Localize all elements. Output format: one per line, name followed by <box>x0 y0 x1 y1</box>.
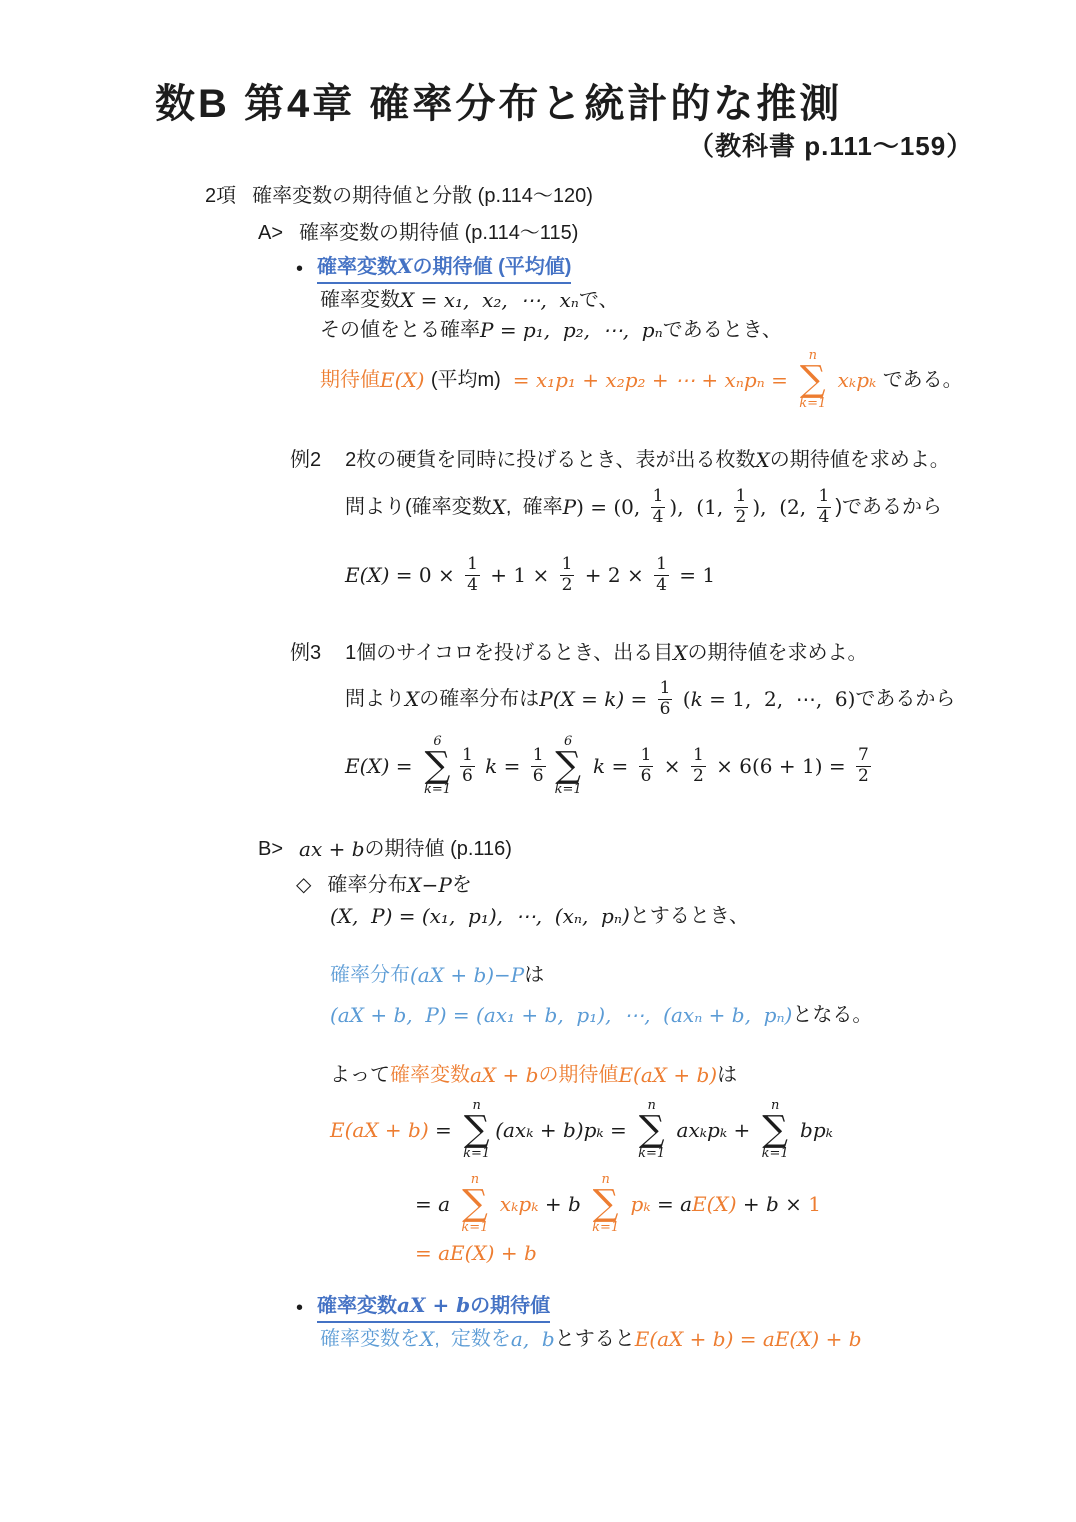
text-run: 確率分布 <box>330 962 410 988</box>
fraction-numerator: 1 <box>734 487 749 507</box>
math-run: = <box>429 1117 458 1143</box>
math-run: X <box>420 1326 434 1352</box>
example-2-statement: 例2 2枚の硬貨を同時に投げるとき、表が出る枚数 X の期待値を求めよ。 <box>290 447 950 473</box>
sum-lower-limit: k=1 <box>638 1147 665 1161</box>
text-run: 確率変数 <box>320 287 400 313</box>
math-run: = 1 <box>673 562 715 588</box>
definition-title: 確率変数Xの期待値 (平均値) <box>317 253 571 284</box>
subsection-label: A> <box>258 220 283 246</box>
summation-symbol: n ∑ k=1 <box>463 1099 490 1162</box>
subsection-title: の期待値 (p.116) <box>365 836 512 862</box>
fraction-numerator: 1 <box>817 487 832 507</box>
math-run: ), (2, <box>752 494 812 520</box>
page-title: 数B 第4章 確率分布と統計的な推測 <box>155 72 842 129</box>
fraction: 14 <box>817 487 832 527</box>
math-run: P = p₁, p₂, ⋯, pₙ <box>480 317 663 343</box>
sum-lower-limit: k=1 <box>592 1221 619 1235</box>
example-2-work: 問より(確率変数 X , 確率 P ) = (0, 14 ), (1, 12 )… <box>345 478 942 536</box>
text-run: 確率変数 <box>317 254 397 280</box>
text-run: , 定数を <box>434 1326 511 1352</box>
fraction: 16 <box>658 679 673 719</box>
definition-title: 確率変数aX + bの期待値 <box>317 1292 550 1323</box>
document-page: 数B 第4章 確率分布と統計的な推測 （教科書 p.111～159） 2項 確率… <box>0 0 1076 1522</box>
definition-expectation-heading: • 確率変数Xの期待値 (平均値) <box>296 253 571 284</box>
math-run: + b × <box>737 1191 809 1217</box>
math-run: + b <box>538 1191 587 1217</box>
fraction: 16 <box>460 746 475 786</box>
fraction-denominator: 6 <box>658 699 673 720</box>
section-title: 確率変数の期待値と分散 (p.114～120) <box>252 183 593 209</box>
math-run: X <box>755 447 769 473</box>
textbook-page-range: （教科書 p.111～159） <box>688 126 973 163</box>
fraction-denominator: 6 <box>460 766 475 787</box>
definition-body-line-1: 確率変数 X = x₁, x₂, ⋯, xₙ で、 <box>320 287 619 313</box>
distribution-definition-line: (X, P) = (x₁, p₁), ⋯, (xₙ, pₙ) とするとき、 <box>330 903 749 929</box>
fraction-numerator: 1 <box>658 679 673 699</box>
transformed-distribution-line-1: 確率分布 (aX + b)−P は <box>330 962 544 988</box>
derivation-result-line: = aE(X) + b <box>415 1240 537 1266</box>
section-number: 2項 <box>205 183 236 209</box>
math-run: xₖpₖ <box>493 1191 538 1217</box>
fraction-denominator: 2 <box>856 766 871 787</box>
sum-lower-limit: k=1 <box>762 1147 789 1161</box>
text-run: の期待値 <box>538 1062 618 1088</box>
math-run: P <box>563 494 576 520</box>
math-run: X <box>492 494 506 520</box>
text-run: である。 <box>883 367 963 393</box>
summation-symbol: n ∑ k=1 <box>592 1173 619 1236</box>
math-run: ax + b <box>299 836 364 862</box>
mean-annotation: (平均m) <box>431 367 507 393</box>
math-run: = a <box>415 1191 456 1217</box>
fraction: 72 <box>856 746 871 786</box>
text-run: 2枚の硬貨を同時に投げるとき、表が出る枚数 <box>345 447 755 473</box>
formula-label: 期待値 <box>320 367 380 393</box>
math-run: axₖpₖ + <box>670 1117 756 1143</box>
text-run: 確率変数 <box>317 1293 397 1319</box>
sigma-icon: ∑ <box>555 749 581 783</box>
fraction-numerator: 1 <box>651 487 666 507</box>
sigma-icon: ∑ <box>464 1113 490 1147</box>
sum-lower-limit: k=1 <box>461 1221 488 1235</box>
text-run: 問より <box>345 686 405 712</box>
sum-lower-limit: k=1 <box>799 397 826 411</box>
text-run: を <box>452 872 472 898</box>
summation-symbol: n ∑ k=1 <box>638 1099 665 1162</box>
example-3-equation: E(X) = 6 ∑ k=1 16 k = 16 6 ∑ k=1 k = 16 … <box>345 728 875 804</box>
math-run: a, b <box>511 1326 555 1352</box>
math-run: ( <box>676 686 690 712</box>
bullet-icon: • <box>296 1295 303 1321</box>
derivation-line-2: E(aX + b) = n ∑ k=1 (axₖ + b)pₖ = n ∑ k=… <box>330 1092 833 1168</box>
math-run: E(aX + b) <box>330 1117 429 1143</box>
sigma-icon: ∑ <box>639 1113 665 1147</box>
text-run: であるから <box>855 686 955 712</box>
fraction-denominator: 4 <box>465 575 480 596</box>
math-run: E(X) <box>345 753 389 779</box>
math-run: + 2 × <box>578 562 650 588</box>
math-run: = <box>504 753 527 779</box>
sigma-icon: ∑ <box>425 749 451 783</box>
transformed-distribution-line-2: (aX + b, P) = (ax₁ + b, p₁), ⋯, (axₙ + b… <box>330 1002 872 1028</box>
text-run: 確率分布 <box>327 872 407 898</box>
math-run: k <box>691 686 703 712</box>
example-label: 例2 <box>290 447 321 473</box>
fraction-denominator: 2 <box>691 766 706 787</box>
math-run: X−P <box>407 872 451 898</box>
text-run: は <box>717 1062 737 1088</box>
text-run: 1個のサイコロを投げるとき、出る目 <box>345 640 673 666</box>
fraction-denominator: 2 <box>734 507 749 528</box>
math-run: aX + b <box>397 1292 470 1318</box>
summation-symbol: 6 ∑ k=1 <box>555 735 582 798</box>
fraction-numerator: 1 <box>639 746 654 766</box>
math-run: E(X) <box>380 367 431 393</box>
math-run: = <box>612 753 635 779</box>
text-run: , 確率 <box>506 494 563 520</box>
subsection-label: B> <box>258 836 283 862</box>
fraction-numerator: 1 <box>465 555 480 575</box>
math-run: aX + b <box>470 1062 538 1088</box>
summation-symbol: n ∑ k=1 <box>799 349 826 412</box>
sigma-icon: ∑ <box>800 363 826 397</box>
text-run: の期待値を求めよ。 <box>688 640 868 666</box>
text-run: その値をとる確率 <box>320 317 480 343</box>
fraction-numerator: 1 <box>531 746 546 766</box>
text-run: は <box>524 962 544 988</box>
section-2-heading: 2項 確率変数の期待値と分散 (p.114～120) <box>205 183 593 209</box>
math-run: E(aX + b) = aE(X) + b <box>635 1326 862 1352</box>
example-2-equation: E(X) = 0 × 14 + 1 × 12 + 2 × 14 = 1 <box>345 550 715 600</box>
fraction-denominator: 4 <box>651 507 666 528</box>
math-run: E(X) <box>692 1191 736 1217</box>
text-run: であるとき、 <box>663 317 782 343</box>
subsection-title: 確率変数の期待値 (p.114～115) <box>299 220 578 246</box>
math-run: 1 <box>808 1191 821 1217</box>
math-run: = <box>389 753 418 779</box>
math-run: (aX + b)−P <box>410 962 524 988</box>
sum-lower-limit: k=1 <box>555 783 582 797</box>
math-run: X = x₁, x₂, ⋯, xₙ <box>400 287 579 313</box>
derivation-intro-line: よって 確率変数 aX + b の期待値 E(aX + b) は <box>330 1062 737 1088</box>
example-label: 例3 <box>290 640 321 666</box>
fraction-numerator: 1 <box>691 746 706 766</box>
fraction-numerator: 7 <box>856 746 871 766</box>
text-run: の期待値 (平均値) <box>413 254 572 280</box>
sigma-icon: ∑ <box>462 1187 488 1221</box>
math-run: (aX + b, P) = (ax₁ + b, p₁), ⋯, (axₙ + b… <box>330 1002 792 1028</box>
sigma-icon: ∑ <box>593 1187 619 1221</box>
math-run: pₖ <box>624 1191 650 1217</box>
math-run: bpₖ <box>794 1117 833 1143</box>
fraction: 14 <box>465 555 480 595</box>
math-run: E(X) <box>345 562 389 588</box>
text-run: の期待値 <box>470 1293 550 1319</box>
expectation-formula: 期待値 E(X) (平均m) = x₁p₁ + x₂p₂ + ⋯ + xₙpₙ … <box>320 342 963 418</box>
math-run: × 6(6 + 1) = <box>710 753 852 779</box>
fraction-denominator: 4 <box>817 507 832 528</box>
math-run: = a <box>651 1191 692 1217</box>
text-run: よって <box>330 1062 390 1088</box>
example-3-work: 問より X の確率分布は P(X = k) = 16 ( k = 1, 2, ⋯… <box>345 672 955 726</box>
math-run: = 1, 2, ⋯, 6) <box>703 686 856 712</box>
fraction-numerator: 1 <box>460 746 475 766</box>
sigma-icon: ∑ <box>762 1113 788 1147</box>
fraction-denominator: 4 <box>654 575 669 596</box>
fraction: 12 <box>560 555 575 595</box>
fraction: 16 <box>639 746 654 786</box>
text-run: で、 <box>579 287 619 313</box>
bullet-icon: • <box>296 256 303 282</box>
subsection-b-heading: B> ax + b の期待値 (p.116) <box>258 836 512 862</box>
math-run: xₖpₖ <box>831 367 882 393</box>
fraction: 14 <box>654 555 669 595</box>
text-run: の期待値を求めよ。 <box>770 447 950 473</box>
subsection-a-heading: A> 確率変数の期待値 (p.114～115) <box>258 220 578 246</box>
fraction-denominator: 2 <box>560 575 575 596</box>
derivation-line-3: = a n ∑ k=1 xₖpₖ + b n ∑ k=1 pₖ = a E(X)… <box>415 1166 821 1242</box>
distribution-setup-heading: ◇ 確率分布 X−P を <box>296 872 472 898</box>
math-run: (axₖ + b)pₖ = <box>495 1117 633 1143</box>
diamond-icon: ◇ <box>296 872 311 898</box>
math-run: X <box>673 640 687 666</box>
summation-symbol: 6 ∑ k=1 <box>424 735 451 798</box>
example-3-statement: 例3 1個のサイコロを投げるとき、出る目 X の期待値を求めよ。 <box>290 640 868 666</box>
fraction-numerator: 1 <box>654 555 669 575</box>
fraction-denominator: 6 <box>639 766 654 787</box>
text-run: )であるから <box>835 494 942 520</box>
math-run: ), (1, <box>669 494 729 520</box>
fraction-denominator: 6 <box>531 766 546 787</box>
text-run: とすると <box>555 1326 635 1352</box>
math-run: × <box>657 753 686 779</box>
math-run: = 0 × <box>389 562 461 588</box>
fraction: 12 <box>691 746 706 786</box>
math-run: + 1 × <box>484 562 556 588</box>
math-run: k <box>587 753 612 779</box>
definition-ax-b-body: 確率変数を X , 定数を a, b とすると E(aX + b) = aE(X… <box>320 1326 862 1352</box>
sum-lower-limit: k=1 <box>424 783 451 797</box>
fraction-numerator: 1 <box>560 555 575 575</box>
definition-body-line-2: その値をとる確率 P = p₁, p₂, ⋯, pₙ であるとき、 <box>320 317 782 343</box>
math-run: k <box>479 753 504 779</box>
math-run: = aE(X) + b <box>415 1240 537 1266</box>
summation-symbol: n ∑ k=1 <box>762 1099 789 1162</box>
definition-ax-b-heading: • 確率変数aX + bの期待値 <box>296 1292 550 1323</box>
math-run: ) = (0, <box>576 494 647 520</box>
math-run: (X, P) = (x₁, p₁), ⋯, (xₙ, pₙ) <box>330 903 630 929</box>
sum-lower-limit: k=1 <box>463 1147 490 1161</box>
math-run: X <box>405 686 419 712</box>
math-run: = x₁p₁ + x₂p₂ + ⋯ + xₙpₙ = <box>506 367 794 393</box>
text-run: の確率分布は <box>419 686 539 712</box>
text-run: 確率変数 <box>390 1062 470 1088</box>
math-run: X <box>397 253 413 279</box>
text-run: とするとき、 <box>630 903 749 929</box>
fraction: 14 <box>651 487 666 527</box>
fraction: 12 <box>734 487 749 527</box>
fraction: 16 <box>531 746 546 786</box>
text-run: 確率変数を <box>320 1326 420 1352</box>
math-run: E(aX + b) <box>618 1062 717 1088</box>
text-run: となる。 <box>792 1002 872 1028</box>
text-run: 問より(確率変数 <box>345 494 492 520</box>
summation-symbol: n ∑ k=1 <box>461 1173 488 1236</box>
math-run: P(X = k) = <box>539 686 653 712</box>
